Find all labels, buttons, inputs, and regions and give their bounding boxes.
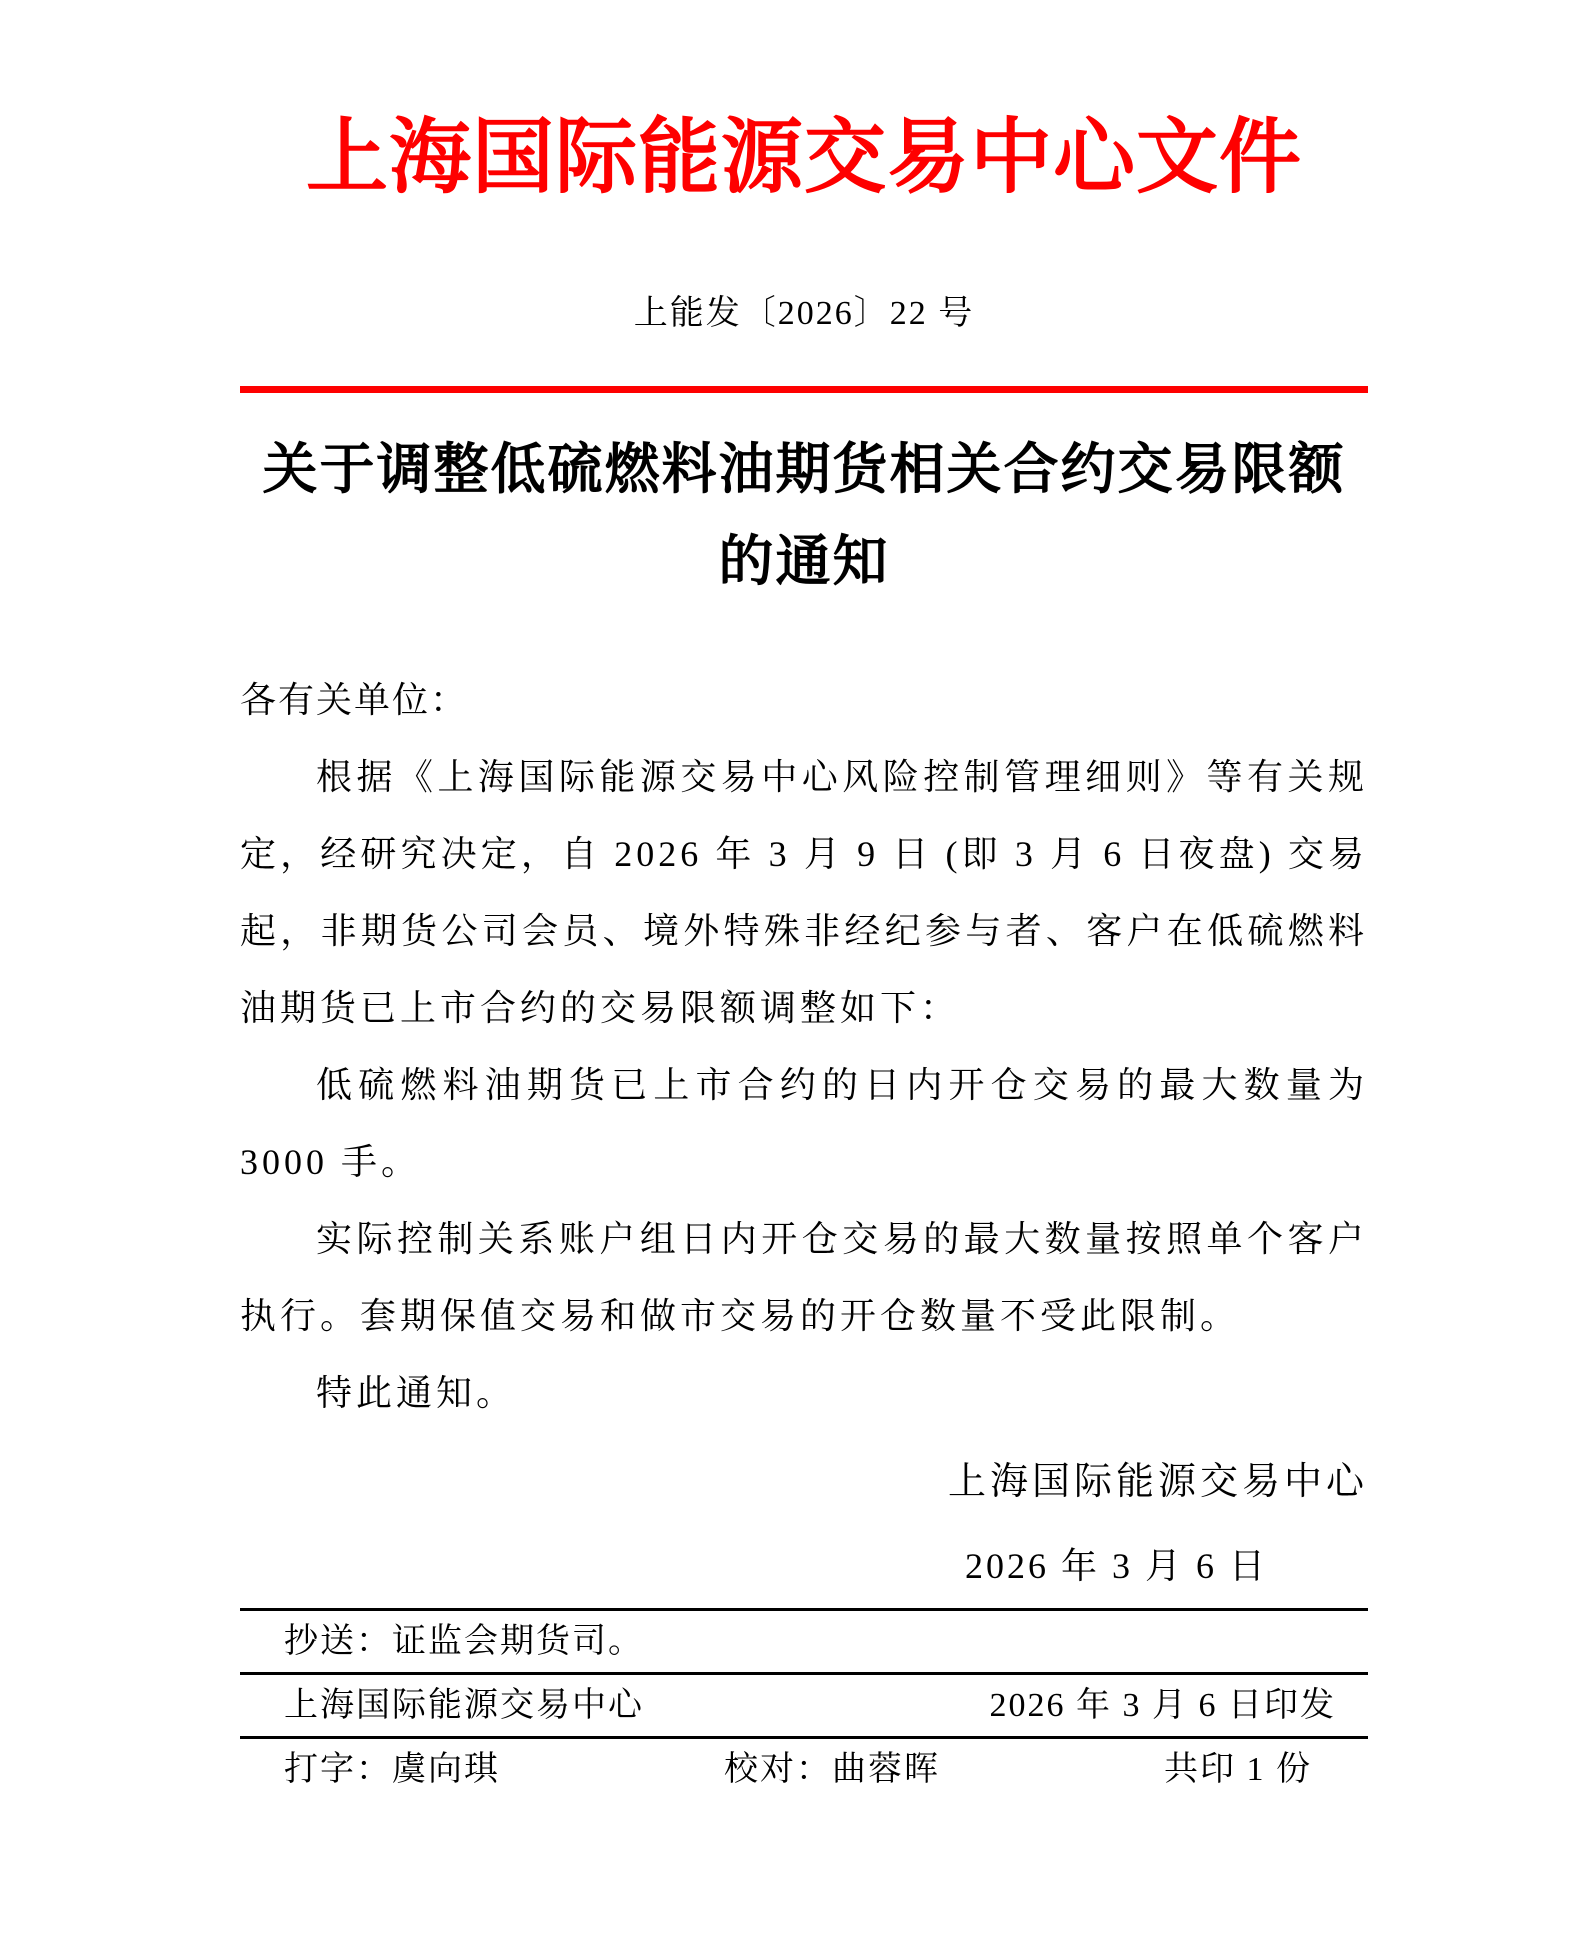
notice-body: 根据《上海国际能源交易中心风险控制管理细则》等有关规定，经研究决定，自 2026… (240, 739, 1368, 1432)
copies-count: 共印 1 份 (1164, 1739, 1312, 1800)
signature-date: 2026 年 3 月 6 日 (240, 1542, 1368, 1590)
body-paragraph: 特此通知。 (240, 1355, 1368, 1432)
issuer-name: 上海国际能源交易中心 (240, 1675, 644, 1736)
document-header-title: 上海国际能源交易中心文件 (240, 106, 1368, 210)
typist: 打字：虞向琪 (284, 1739, 500, 1800)
red-divider-line (240, 386, 1368, 393)
body-paragraph: 实际控制关系账户组日内开仓交易的最大数量按照单个客户执行。套期保值交易和做市交易… (240, 1201, 1368, 1355)
document-number: 上能发〔2026〕22 号 (240, 290, 1368, 338)
issuer-signature: 上海国际能源交易中心 (240, 1456, 1368, 1508)
body-paragraph: 根据《上海国际能源交易中心风险控制管理细则》等有关规定，经研究决定，自 2026… (240, 739, 1368, 1047)
salutation: 各有关单位： (240, 662, 1368, 739)
body-paragraph: 低硫燃料油期货已上市合约的日内开仓交易的最大数量为 3000 手。 (240, 1047, 1368, 1201)
proofreader: 校对：曲蓉晖 (724, 1739, 940, 1800)
cc-text: 抄送：证监会期货司。 (240, 1611, 644, 1672)
issue-date: 2026 年 3 月 6 日印发 (990, 1675, 1369, 1736)
document-page: 上海国际能源交易中心文件 上能发〔2026〕22 号 关于调整低硫燃料油期货相关… (0, 0, 1587, 1946)
notice-title: 关于调整低硫燃料油期货相关合约交易限额的通知 (240, 423, 1368, 607)
footer-credits-row: 打字：虞向琪 校对：曲蓉晖 共印 1 份 (240, 1739, 1368, 1800)
document-content: 上海国际能源交易中心文件 上能发〔2026〕22 号 关于调整低硫燃料油期货相关… (240, 0, 1368, 1800)
document-footer: 抄送：证监会期货司。 上海国际能源交易中心 2026 年 3 月 6 日印发 打… (240, 1608, 1368, 1800)
footer-issue-row: 上海国际能源交易中心 2026 年 3 月 6 日印发 (240, 1675, 1368, 1739)
footer-cc-row: 抄送：证监会期货司。 (240, 1611, 1368, 1675)
